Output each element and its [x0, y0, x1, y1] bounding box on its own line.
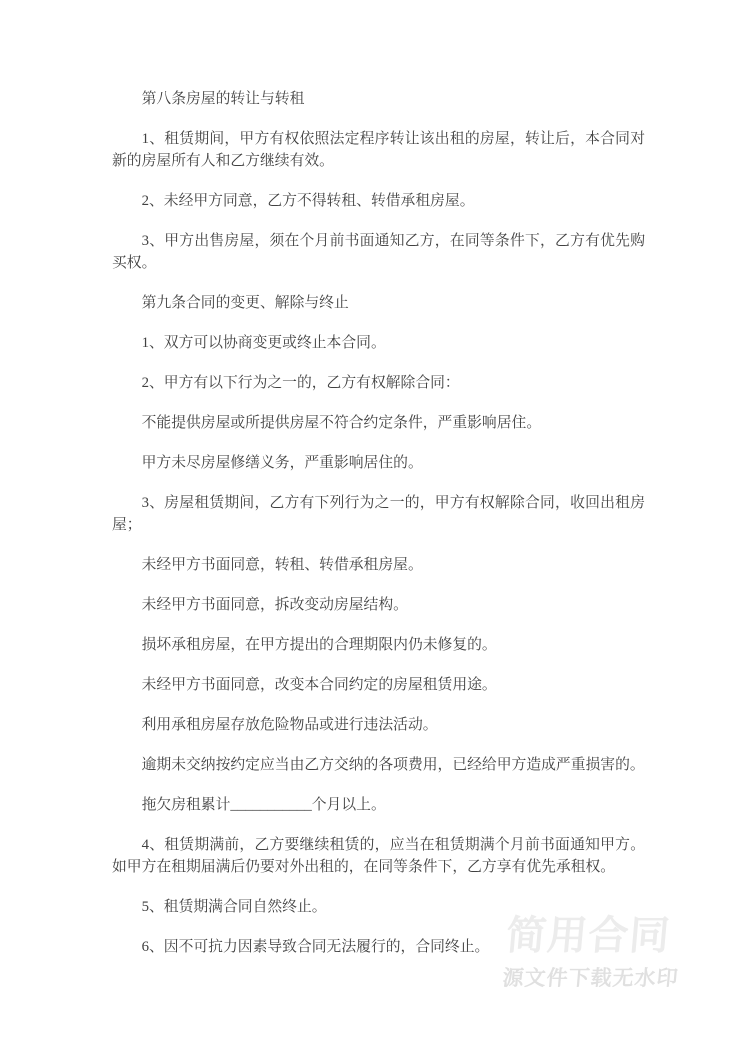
- contract-paragraph: 5、租赁期满合同自然终止。: [112, 896, 645, 918]
- contract-paragraph: 3、甲方出售房屋，须在个月前书面通知乙方，在同等条件下，乙方有优先购买权。: [112, 230, 645, 274]
- contract-body: 第八条房屋的转让与转租1、租赁期间，甲方有权依照法定程序转让该出租的房屋，转让后…: [112, 88, 645, 976]
- contract-paragraph: 逾期未交纳按约定应当由乙方交纳的各项费用，已经给甲方造成严重损害的。: [112, 754, 645, 776]
- contract-paragraph: 拖欠房租累计___________个月以上。: [112, 794, 645, 816]
- contract-paragraph: 甲方未尽房屋修缮义务，严重影响居住的。: [112, 452, 645, 474]
- contract-paragraph: 未经甲方书面同意，改变本合同约定的房屋租赁用途。: [112, 674, 645, 696]
- contract-paragraph: 损坏承租房屋，在甲方提出的合理期限内仍未修复的。: [112, 634, 645, 656]
- section-heading: 第九条合同的变更、解除与终止: [112, 292, 645, 314]
- contract-paragraph: 未经甲方书面同意，转租、转借承租房屋。: [112, 554, 645, 576]
- contract-paragraph: 6、因不可抗力因素导致合同无法履行的，合同终止。: [112, 936, 645, 958]
- document-page: 第八条房屋的转让与转租1、租赁期间，甲方有权依照法定程序转让该出租的房屋，转让后…: [0, 0, 742, 1049]
- contract-paragraph: 1、双方可以协商变更或终止本合同。: [112, 332, 645, 354]
- contract-paragraph: 利用承租房屋存放危险物品或进行违法活动。: [112, 714, 645, 736]
- contract-paragraph: 2、未经甲方同意，乙方不得转租、转借承租房屋。: [112, 190, 645, 212]
- contract-paragraph: 4、租赁期满前，乙方要继续租赁的，应当在租赁期满个月前书面通知甲方。如甲方在租期…: [112, 834, 645, 878]
- contract-paragraph: 1、租赁期间，甲方有权依照法定程序转让该出租的房屋，转让后，本合同对新的房屋所有…: [112, 128, 645, 172]
- contract-paragraph: 不能提供房屋或所提供房屋不符合约定条件，严重影响居住。: [112, 412, 645, 434]
- contract-paragraph: 2、甲方有以下行为之一的，乙方有权解除合同：: [112, 372, 645, 394]
- contract-paragraph: 未经甲方书面同意，拆改变动房屋结构。: [112, 594, 645, 616]
- contract-paragraph: 3、房屋租赁期间，乙方有下列行为之一的，甲方有权解除合同，收回出租房屋；: [112, 492, 645, 536]
- section-heading: 第八条房屋的转让与转租: [112, 88, 645, 110]
